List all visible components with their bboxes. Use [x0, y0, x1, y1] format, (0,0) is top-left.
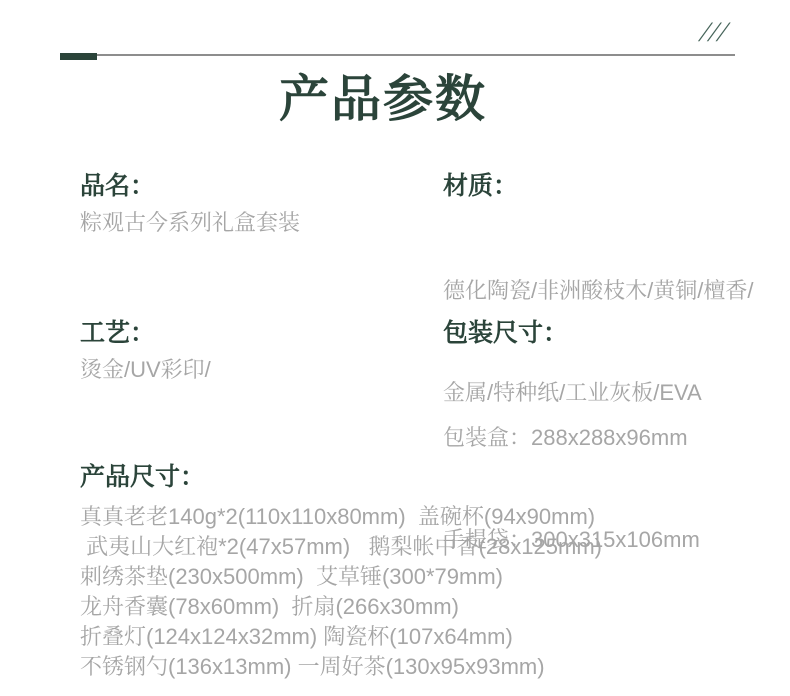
divider-line [60, 54, 735, 56]
divider-accent-bar [60, 53, 97, 60]
product-size-line: 刺绣茶垫(230x500mm) 艾草锤(300*79mm) [80, 562, 602, 592]
triple-slash-icon: /// [698, 19, 730, 47]
material-value-line: 德化陶瓷/非洲酸枝木/黄铜/檀香/ [443, 274, 753, 308]
section-product-name: 品名： 粽观古今系列礼盒套装 [80, 172, 300, 240]
material-label: 材质： [443, 172, 753, 202]
product-name-value: 粽观古今系列礼盒套装 [80, 206, 300, 240]
craft-value: 烫金/UV彩印/ [80, 353, 211, 387]
section-craft: 工艺： 烫金/UV彩印/ [80, 319, 211, 387]
product-name-label: 品名： [80, 172, 300, 202]
package-box-size: 包装盒：288x288x96mm [443, 421, 700, 455]
product-parameters-page: /// 产品参数 品名： 粽观古今系列礼盒套装 材质： 德化陶瓷/非洲酸枝木/黄… [0, 0, 790, 696]
craft-label: 工艺： [80, 319, 211, 349]
package-size-label: 包装尺寸： [443, 319, 700, 349]
page-title: 产品参数 [0, 70, 766, 128]
product-size-line: 武夷山大红袍*2(47x57mm) 鹅梨帐中香(28x125mm) [80, 532, 602, 562]
product-size-line: 真真老老140g*2(110x110x80mm) 盖碗杯(94x90mm) [80, 502, 602, 532]
product-size-label: 产品尺寸： [80, 463, 602, 493]
product-size-line: 折叠灯(124x124x32mm) 陶瓷杯(107x64mm) [80, 622, 602, 652]
product-size-line: 龙舟香囊(78x60mm) 折扇(266x30mm) [80, 592, 602, 622]
section-product-size: 产品尺寸： 真真老老140g*2(110x110x80mm) 盖碗杯(94x90… [80, 463, 602, 682]
product-size-line: 不锈钢勺(136x13mm) 一周好茶(130x95x93mm) [80, 652, 602, 682]
